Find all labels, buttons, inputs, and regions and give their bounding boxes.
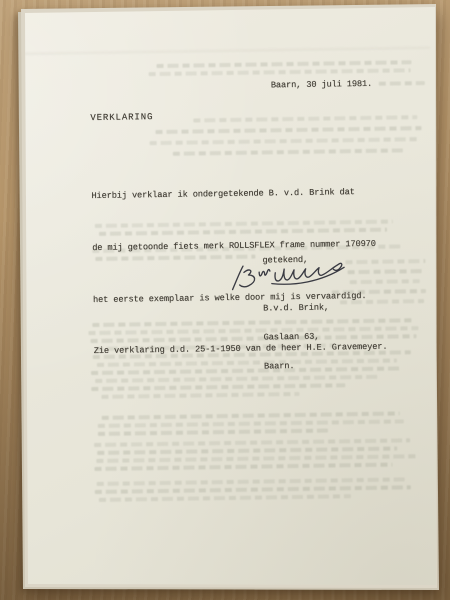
paper-stack: Baarn, 30 juli 1981. VERKLARING Hierbij …: [0, 0, 450, 600]
body-line: Hierbij verklaar ik ondergetekende B. v.…: [91, 184, 385, 206]
bleedthrough-line: [155, 126, 421, 134]
bleedthrough-line: [156, 60, 411, 68]
signatory-name: B.v.d. Brink,: [263, 303, 329, 314]
paper-crease: [24, 47, 430, 56]
bleedthrough-lines: [0, 0, 446, 3]
letter-content: Baarn, 30 juli 1981. VERKLARING Hierbij …: [0, 0, 450, 600]
signature-block: B.v.d. Brink, Gaslaan 63, Baarn.: [263, 284, 330, 393]
signatory-street: Gaslaan 63,: [264, 332, 330, 343]
bleedthrough-line: [149, 68, 411, 76]
bleedthrough-line: [99, 494, 351, 502]
bleedthrough-line: [97, 477, 405, 486]
bleedthrough-line: [94, 438, 410, 447]
body-line: de mij getoonde fiets merk ROLLSFLEX fra…: [92, 236, 386, 258]
letter-heading: VERKLARING: [90, 112, 153, 123]
bleedthrough-line: [379, 81, 425, 86]
bleedthrough-line: [98, 429, 328, 436]
photo-canvas: Baarn, 30 juli 1981. VERKLARING Hierbij …: [0, 0, 450, 600]
bleedthrough-line: [193, 115, 417, 122]
bleedthrough-line: [98, 419, 404, 428]
bleedthrough-line: [95, 485, 411, 494]
bleedthrough-line: [102, 411, 400, 419]
bleedthrough-line: [94, 463, 392, 471]
signatory-city: Baarn.: [264, 362, 330, 373]
date-line: Baarn, 30 juli 1981.: [271, 79, 372, 91]
bleedthrough-line: [96, 454, 418, 463]
bleedthrough-line: [150, 137, 420, 145]
body-line: Zie verklaring d.d. 25-1-1950 van de hee…: [94, 339, 388, 361]
letter-page: Baarn, 30 juli 1981. VERKLARING Hierbij …: [0, 0, 450, 600]
bleedthrough-line: [97, 447, 397, 455]
